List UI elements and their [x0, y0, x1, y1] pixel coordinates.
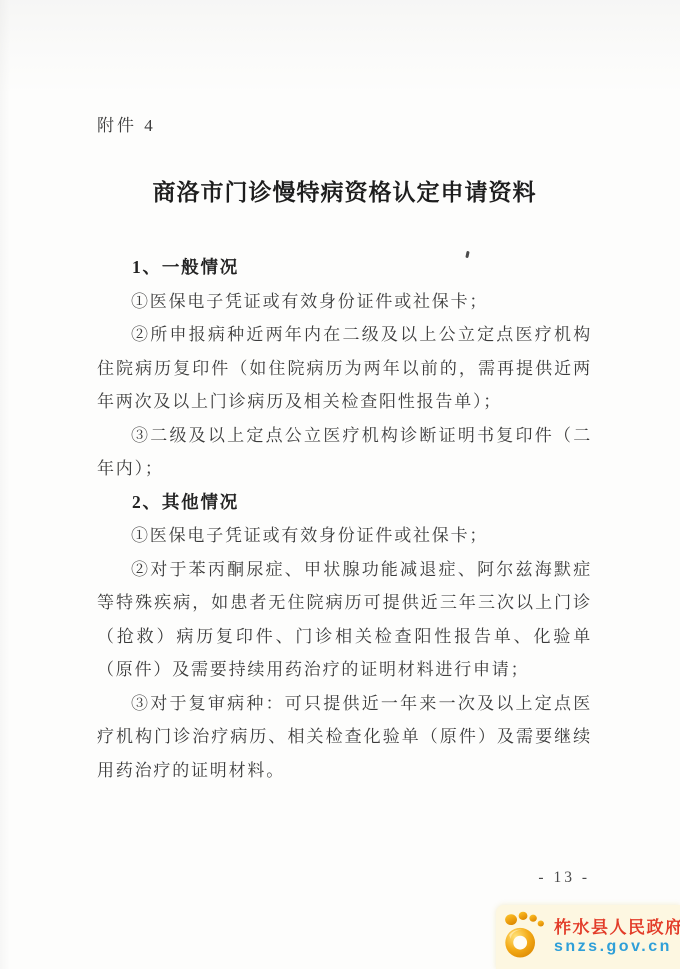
section-1-paragraph-2: ②所申报病种近两年内在二级及以上公立定点医疗机构住院病历复印件（如住院病历为两年…: [97, 318, 592, 419]
paw-print-icon: [501, 910, 547, 965]
section-2-paragraph-1: ①医保电子凭证或有效身份证件或社保卡；: [97, 519, 592, 553]
gov-site-url: snzs.gov.cn: [554, 938, 680, 956]
document-page: 附件 4 商洛市门诊慢特病资格认定申请资料 1、一般情况 ①医保电子凭证或有效身…: [0, 0, 680, 969]
document-content: 附件 4 商洛市门诊慢特病资格认定申请资料 1、一般情况 ①医保电子凭证或有效身…: [97, 0, 592, 787]
document-body: 1、一般情况 ①医保电子凭证或有效身份证件或社保卡； ②所申报病种近两年内在二级…: [97, 251, 592, 787]
scan-shading-left: [0, 0, 10, 969]
document-title: 商洛市门诊慢特病资格认定申请资料: [97, 179, 592, 207]
section-1-heading: 1、一般情况: [97, 251, 592, 285]
page-number: - 13 -: [538, 869, 590, 887]
section-2-heading: 2、其他情况: [97, 486, 592, 520]
gov-org-name: 柞水县人民政府: [554, 918, 680, 938]
section-1-paragraph-1: ①医保电子凭证或有效身份证件或社保卡；: [97, 285, 592, 319]
section-2-paragraph-2: ②对于苯丙酮尿症、甲状腺功能减退症、阿尔兹海默症等特殊疾病，如患者无住院病历可提…: [97, 553, 592, 687]
section-2-paragraph-3: ③对于复审病种：可只提供近一年来一次及以上定点医疗机构门诊治疗病历、相关检查化验…: [97, 687, 592, 788]
gov-watermark-badge: 柞水县人民政府 snzs.gov.cn: [496, 905, 680, 969]
attachment-label: 附件 4: [97, 115, 592, 136]
gov-badge-text: 柞水县人民政府 snzs.gov.cn: [554, 918, 680, 956]
section-1-paragraph-3: ③二级及以上定点公立医疗机构诊断证明书复印件（二年内）；: [97, 419, 592, 486]
